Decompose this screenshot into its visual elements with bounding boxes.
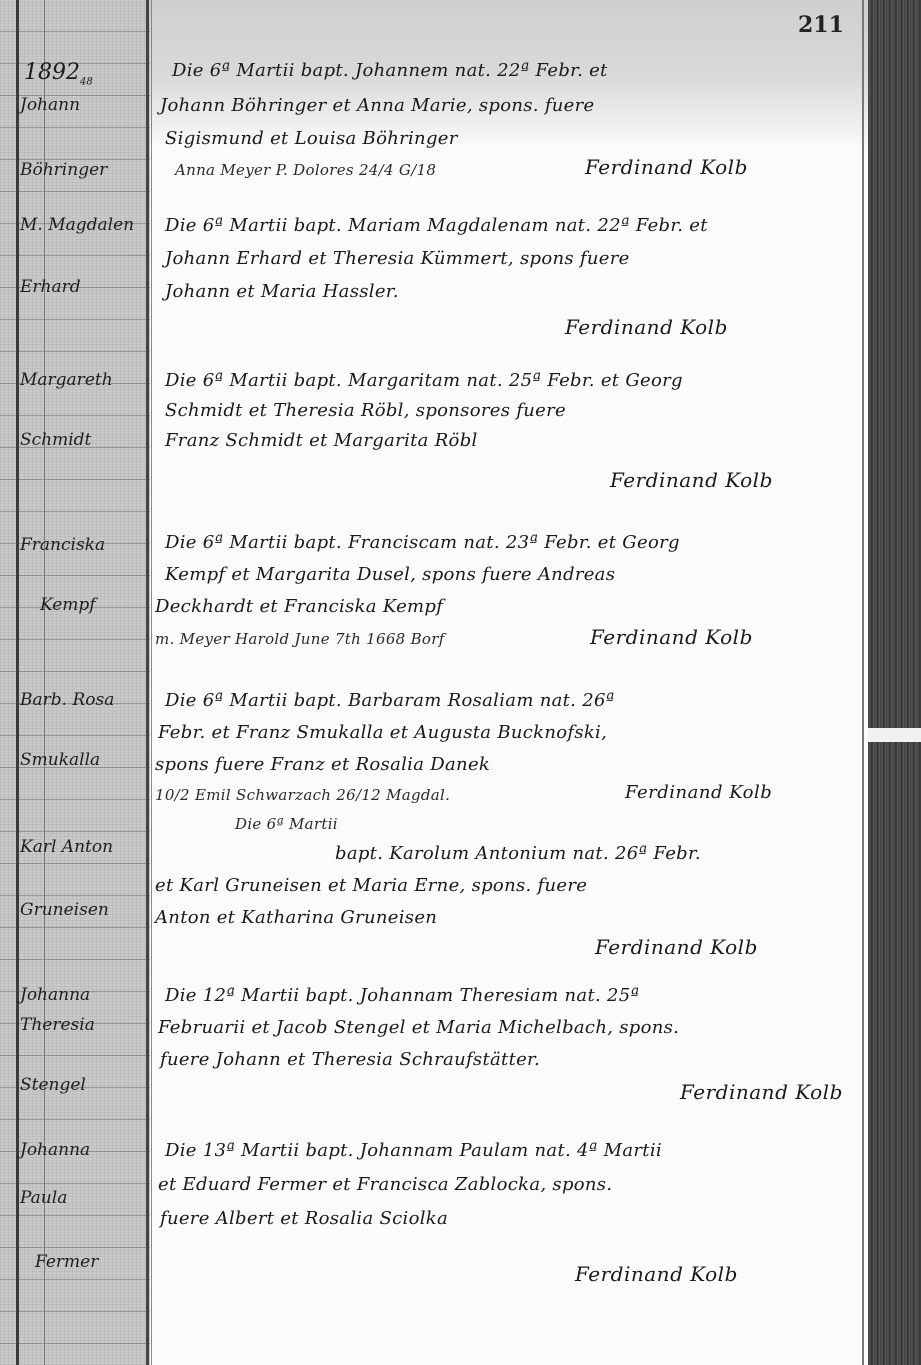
entry-line: Anton et Katharina Gruneisen [155, 907, 437, 928]
marginal-annotation: m. Meyer Harold June 7th 1668 Borf [155, 630, 445, 648]
margin-name-line-1: Margareth [20, 370, 113, 391]
priest-signature: Ferdinand Kolb [595, 935, 758, 959]
entry-line: Franz Schmidt et Margarita Röbl [165, 430, 478, 451]
annotation-prefix: 10/2 [155, 786, 190, 804]
entry-line: Die 6ª Martii bapt. Margaritam nat. 25ª … [165, 370, 683, 391]
entry-line: Die 6ª Martii [235, 815, 338, 833]
book-binding-spine [868, 0, 921, 1365]
priest-signature: Ferdinand Kolb [585, 155, 748, 179]
entry-line: Die 12ª Martii bapt. Johannam Theresiam … [165, 985, 639, 1006]
margin-name-line-3: Erhard [20, 277, 81, 298]
entry-line: Schmidt et Theresia Röbl, sponsores fuer… [165, 400, 566, 421]
entry-line: et Karl Gruneisen et Maria Erne, spons. … [155, 875, 587, 896]
entry-line: Johann Böhringer et Anna Marie, spons. f… [160, 95, 595, 116]
entry-line: Februarii et Jacob Stengel et Maria Mich… [158, 1017, 679, 1038]
margin-name-line-3: Smukalla [20, 750, 100, 771]
priest-signature: Ferdinand Kolb [590, 625, 753, 649]
margin-name-line-3: Kempf [40, 595, 96, 616]
entry-line: Die 13ª Martii bapt. Johannam Paulam nat… [165, 1140, 662, 1161]
spine-tear [868, 728, 921, 742]
marginal-annotation: Anna Meyer P. Dolores 24/4 G/18 [175, 161, 436, 179]
margin-name-line-3: Gruneisen [20, 900, 109, 921]
priest-signature: Ferdinand Kolb [575, 1262, 738, 1286]
name-column-divider [146, 0, 149, 1365]
entry-line: et Eduard Fermer et Francisca Zablocka, … [158, 1174, 612, 1195]
name-column-divider-thin [151, 0, 152, 1365]
priest-signature: Ferdinand Kolb [625, 782, 772, 803]
year-suffix: 48 [80, 76, 93, 87]
entry-line: Die 6ª Martii bapt. Franciscam nat. 23ª … [165, 532, 680, 553]
entry-line: Die 6ª Martii bapt. Barbaram Rosaliam na… [165, 690, 615, 711]
margin-name-line-3: Stengel [20, 1075, 86, 1096]
margin-name-line-3: Böhringer [20, 160, 107, 181]
entry-line: Sigismund et Louisa Böhringer [165, 128, 458, 149]
entry-line: Johann et Maria Hassler. [165, 281, 399, 302]
page-number: 211 [798, 12, 844, 38]
entry-line: Johann Erhard et Theresia Kümmert, spons… [165, 248, 630, 269]
left-margin-rule [16, 0, 19, 1365]
margin-name-line-1: Franciska [20, 535, 105, 556]
margin-name-line-3: Fermer [35, 1252, 98, 1273]
entry-line: Die 6ª Martii bapt. Mariam Magdalenam na… [165, 215, 708, 236]
priest-signature: Ferdinand Kolb [680, 1080, 843, 1104]
entry-line: fuere Johann et Theresia Schraufstätter. [160, 1049, 540, 1070]
year-value: 1892 [24, 60, 80, 85]
entry-line: Deckhardt et Franciska Kempf [155, 596, 443, 617]
priest-signature: Ferdinand Kolb [610, 468, 773, 492]
entry-line: fuere Albert et Rosalia Sciolka [160, 1208, 448, 1229]
priest-signature: Ferdinand Kolb [565, 315, 728, 339]
margin-name-line-1: Johanna [20, 1140, 90, 1161]
year-label: 189248 [24, 60, 93, 87]
margin-name-line-1: Barb. Rosa [20, 690, 114, 711]
margin-name-line-2: Paula [20, 1188, 67, 1209]
entry-line: Febr. et Franz Smukalla et Augusta Buckn… [158, 722, 607, 743]
marginal-annotation: Emil Schwarzach 26/12 Magdal. [195, 786, 450, 804]
margin-name-line-1: Johanna [20, 985, 90, 1006]
margin-name-line-1: M. Magdalen [20, 215, 134, 236]
entry-line: bapt. Karolum Antonium nat. 26ª Febr. [335, 843, 701, 864]
entry-line: spons fuere Franz et Rosalia Danek [155, 754, 490, 775]
entry-line: Die 6ª Martii bapt. Johannem nat. 22ª Fe… [172, 60, 608, 81]
right-margin-rule [862, 0, 864, 1365]
entry-line: Kempf et Margarita Dusel, spons fuere An… [165, 564, 615, 585]
margin-name-line-3: Schmidt [20, 430, 91, 451]
margin-name-line-1: Karl Anton [20, 837, 113, 858]
margin-name-line-1: Johann [20, 95, 80, 116]
margin-name-line-2: Theresia [20, 1015, 95, 1036]
